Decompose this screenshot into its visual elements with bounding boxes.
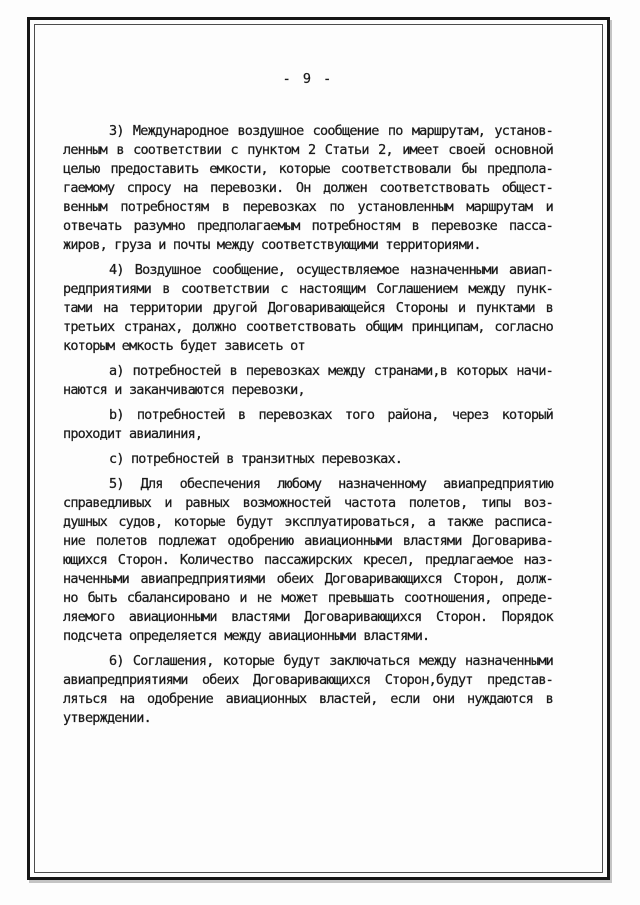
page-content: - 9 - 3) Международное воздушное сообщен…: [63, 70, 553, 728]
text-line: ющихся Сторон. Количество пассажирских к…: [63, 551, 553, 570]
text-line: 6) Соглашения, которые будут заключаться…: [63, 652, 553, 671]
text-line: редприятиями в соответствии с настоящим …: [63, 280, 553, 299]
text-line: душных судов, которые будут эксплуатиров…: [63, 513, 553, 532]
text-line: ленным в соответствии с пунктом 2 Статьи…: [63, 141, 553, 160]
text-line: справедливых и равных возможностей часто…: [63, 494, 553, 513]
text-line: b) потребностей в перевозках того района…: [63, 406, 553, 425]
text-line: гаемому спросу на перевозки. Он должен с…: [63, 179, 553, 198]
paragraph-item-6: 6) Соглашения, которые будут заключаться…: [63, 652, 553, 728]
text-line: которым емкость будет зависеть от: [63, 337, 553, 356]
text-line: наются и заканчиваются перевозки,: [63, 381, 553, 400]
text-line: ние полетов подлежат одобрению авиационн…: [63, 532, 553, 551]
text-line: 4) Воздушное сообщение, осуществляемое н…: [63, 261, 553, 280]
text-line: наченными авиапредприятиями обеих Догова…: [63, 570, 553, 589]
paragraph-item-5: 5) Для обеспечения любому назначенному а…: [63, 475, 553, 646]
paragraph-item-4c: c) потребностей в транзитных перевозках.: [63, 450, 553, 469]
text-line: ляться на одобрение авиационных властей,…: [63, 690, 553, 709]
text-line: утверждении.: [63, 709, 553, 728]
paragraph-item-4: 4) Воздушное сообщение, осуществляемое н…: [63, 261, 553, 356]
page-number: - 9 -: [63, 70, 553, 89]
paragraph-item-4a: а) потребностей в перевозках между стран…: [63, 362, 553, 400]
scanned-page: - 9 - 3) Международное воздушное сообщен…: [0, 0, 640, 905]
text-line: венным потребностям в перевозках по уста…: [63, 198, 553, 217]
text-line: жиров, груза и почты между соответствующ…: [63, 236, 553, 255]
text-line: 3) Международное воздушное сообщение по …: [63, 122, 553, 141]
paragraph-item-4b: b) потребностей в перевозках того района…: [63, 406, 553, 444]
text-line: проходит авиалиния,: [63, 425, 553, 444]
text-line: целью предоставить емкости, которые соот…: [63, 160, 553, 179]
paragraph-item-3: 3) Международное воздушное сообщение по …: [63, 122, 553, 255]
text-line: но быть сбалансировано и не может превыш…: [63, 589, 553, 608]
text-line: 5) Для обеспечения любому назначенному а…: [63, 475, 553, 494]
text-line: тами на территории другой Договаривающей…: [63, 299, 553, 318]
text-line: авиапредприятиями обеих Договаривающихся…: [63, 671, 553, 690]
text-line: а) потребностей в перевозках между стран…: [63, 362, 553, 381]
text-line: c) потребностей в транзитных перевозках.: [63, 450, 553, 469]
text-line: ляемого авиационными властями Договарива…: [63, 608, 553, 627]
text-line: подсчета определяется между авиационными…: [63, 627, 553, 646]
text-line: третьих странах, должно соответствовать …: [63, 318, 553, 337]
document-body: 3) Международное воздушное сообщение по …: [63, 122, 553, 728]
text-line: отвечать разумно предполагаемым потребно…: [63, 217, 553, 236]
